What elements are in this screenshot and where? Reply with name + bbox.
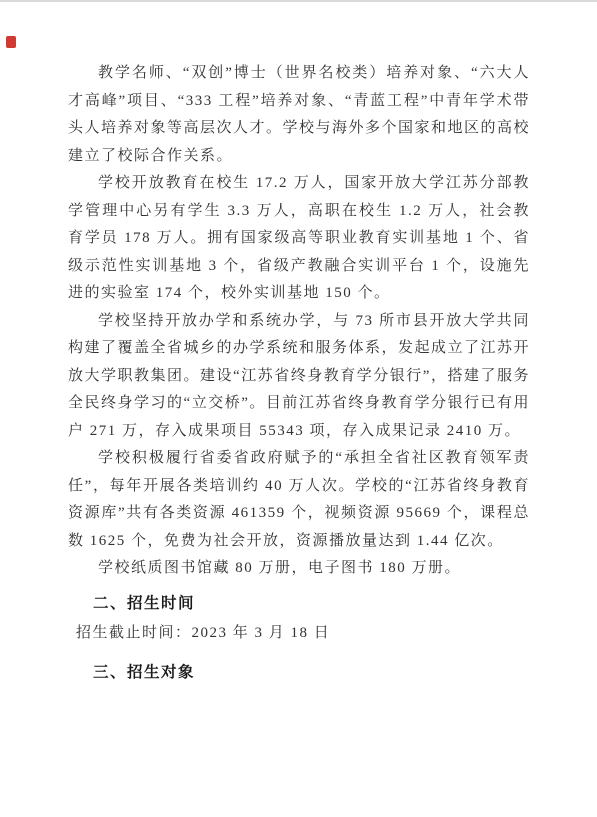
- section-heading-enrollment-target: 三、招生对象: [68, 661, 530, 685]
- page-top-edge: [0, 0, 597, 2]
- body-paragraph: 学校坚持开放办学和系统办学，与 73 所市县开放大学共同构建了覆盖全省城乡的办学…: [68, 308, 530, 446]
- body-paragraph: 学校纸质图书馆藏 80 万册，电子图书 180 万册。: [68, 555, 530, 583]
- enrollment-deadline-line: 招生截止时间：2023 年 3 月 18 日: [68, 620, 530, 648]
- section-heading-enrollment-time: 二、招生时间: [68, 592, 530, 616]
- body-paragraph: 学校开放教育在校生 17.2 万人，国家开放大学江苏分部教学管理中心另有学生 3…: [68, 170, 530, 308]
- red-bookmark-icon: [6, 36, 16, 48]
- document-page: 教学名师、“双创”博士（世界名校类）培养对象、“六大人才高峰”项目、“333 工…: [68, 60, 530, 689]
- body-paragraph: 教学名师、“双创”博士（世界名校类）培养对象、“六大人才高峰”项目、“333 工…: [68, 60, 530, 170]
- body-paragraph: 学校积极履行省委省政府赋予的“承担全省社区教育领军责任”，每年开展各类培训约 4…: [68, 445, 530, 555]
